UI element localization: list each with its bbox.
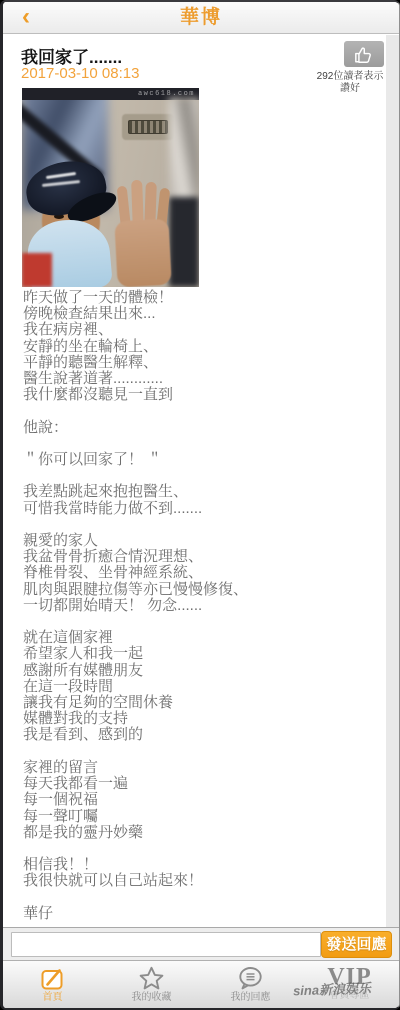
photo-watermark: awc618.com (138, 90, 195, 98)
like-button[interactable] (344, 41, 384, 67)
app-screen: ‹ 華博 我回家了....... 2017-03-10 08:13 292位讀者… (0, 0, 400, 1010)
compose-icon (39, 965, 66, 992)
like-count-line1: 292位讀者表示 (317, 71, 384, 82)
photo-dark-corner (169, 197, 199, 287)
thumbs-up-icon (353, 44, 375, 64)
photo-air-vent (128, 120, 168, 134)
photo-red-jacket (22, 253, 52, 287)
tab-my-replies-label: 我的回應 (201, 992, 300, 1003)
post-body-text: 昨天做了一天的體檢！ 傍晚檢查結果出來... 我在病房裡、 安靜的坐在輪椅上、 … (23, 290, 375, 922)
tab-my-favorites[interactable]: 我的收藏 (102, 961, 201, 1008)
reply-bar: 發送回應 (3, 927, 399, 960)
tab-my-favorites-label: 我的收藏 (102, 992, 201, 1003)
like-count-line2: 讚好 (340, 83, 360, 94)
photo-hand-palm (114, 219, 171, 287)
vip-logo: VIP (300, 964, 399, 990)
post-content-area: 我回家了....... 2017-03-10 08:13 292位讀者表示讚好 (3, 35, 399, 927)
like-count-caption: 292位讀者表示讚好 (304, 71, 396, 95)
page-title: 華博 (3, 2, 399, 34)
star-icon (138, 965, 165, 992)
header-bar: ‹ 華博 (3, 2, 399, 34)
tab-bar: 首頁 我的收藏 我的回應 VIP 會員專區 sina新浪娱乐 (3, 960, 399, 1008)
tab-home[interactable]: 首頁 (3, 961, 102, 1008)
right-gutter (386, 35, 399, 927)
send-reply-button[interactable]: 發送回應 (321, 931, 392, 958)
tab-vip-label: 會員專區 (300, 990, 399, 1001)
tab-home-label: 首頁 (3, 992, 102, 1003)
post-date: 2017-03-10 08:13 (21, 65, 139, 82)
speech-bubble-icon (237, 965, 264, 992)
tab-vip-zone[interactable]: VIP 會員專區 (300, 961, 399, 1008)
tab-my-replies[interactable]: 我的回應 (201, 961, 300, 1008)
reply-input[interactable] (11, 932, 321, 957)
post-photo: awc618.com (22, 88, 199, 287)
